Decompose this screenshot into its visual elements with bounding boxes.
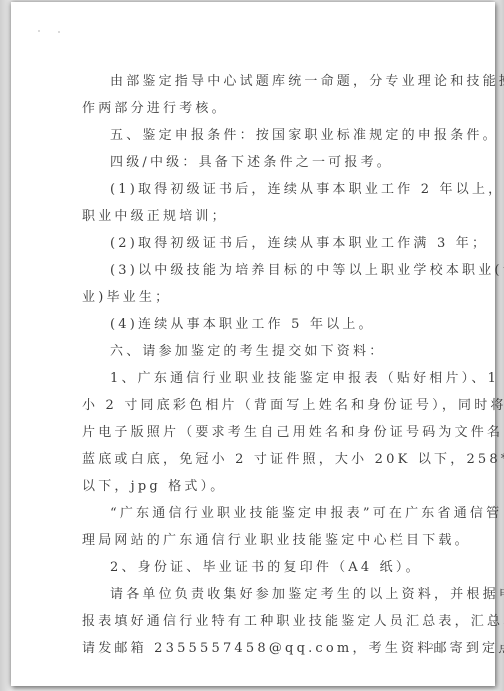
condition-1-line-2: 职业中级正规培训；: [82, 209, 228, 225]
page-number: 2: [429, 643, 433, 651]
item-1-line-5: 以下，jpg 格式）。: [82, 479, 227, 495]
item-1-line-2: 小 2 寸同底彩色相片（背面写上姓名和身份证号），同时将相: [82, 398, 504, 414]
section-heading-five: 五、鉴定申报条件：按国家职业标准规定的申报条件。: [110, 128, 499, 144]
condition-4: (4)连续从事本职业工作 5 年以上。: [110, 317, 375, 333]
download-note-line-1: “广东通信行业职业技能鉴定申报表”可在广东省通信管: [110, 506, 502, 522]
document-viewer: 由部鉴定指导中心试题库统一命题，分专业理论和技能操 作两部分进行考核。 五、鉴定…: [0, 0, 504, 691]
scan-speck: [58, 31, 60, 33]
condition-3-line-2: 业)毕业生；: [82, 290, 171, 306]
item-2: 2、身份证、毕业证书的复印件（A4 纸）。: [110, 560, 422, 576]
section-heading-six: 六、请参加鉴定的考生提交如下资料：: [110, 344, 385, 360]
item-1-line-3: 片电子版照片（要求考生自己用姓名和身份证号码为文件名，: [82, 425, 504, 441]
condition-3-line-1: (3)以中级技能为培养目标的中等以上职业学校本职业(专: [110, 263, 504, 279]
download-note-line-2: 理局网站的广东通信行业职业技能鉴定中心栏目下载。: [82, 533, 471, 549]
item-1-line-4: 蓝底或白底，免冠小 2 寸证件照，大小 20K 以下，258*385 像素: [82, 452, 504, 468]
condition-1-line-1: (1)取得初级证书后，连续从事本职业工作 2 年以上，经本: [110, 182, 504, 198]
scan-speck: [38, 30, 40, 32]
closing-line-1: 请各单位负责收集好参加鉴定考生的以上资料，并根据申: [110, 587, 504, 603]
item-1-line-1: 1、广东通信行业职业技能鉴定申报表（贴好相片）、1 张: [110, 371, 504, 387]
paragraph-level-four: 四级/中级：具备下述条件之一可报考。: [110, 155, 393, 171]
paragraph-exam-method-line-1: 由部鉴定指导中心试题库统一命题，分专业理论和技能操: [110, 74, 504, 90]
paragraph-exam-method-line-2: 作两部分进行考核。: [82, 101, 228, 117]
closing-line-2: 报表填好通信行业特有工种职业技能鉴定人员汇总表，汇总表: [82, 614, 504, 630]
closing-line-3: 请发邮箱 2355557458@qq.com，考生资料邮寄到定点培训单位广: [82, 641, 504, 657]
document-page: 由部鉴定指导中心试题库统一命题，分专业理论和技能操 作两部分进行考核。 五、鉴定…: [11, 2, 495, 686]
condition-2: (2)取得初级证书后，连续从事本职业工作满 3 年；: [110, 236, 488, 252]
